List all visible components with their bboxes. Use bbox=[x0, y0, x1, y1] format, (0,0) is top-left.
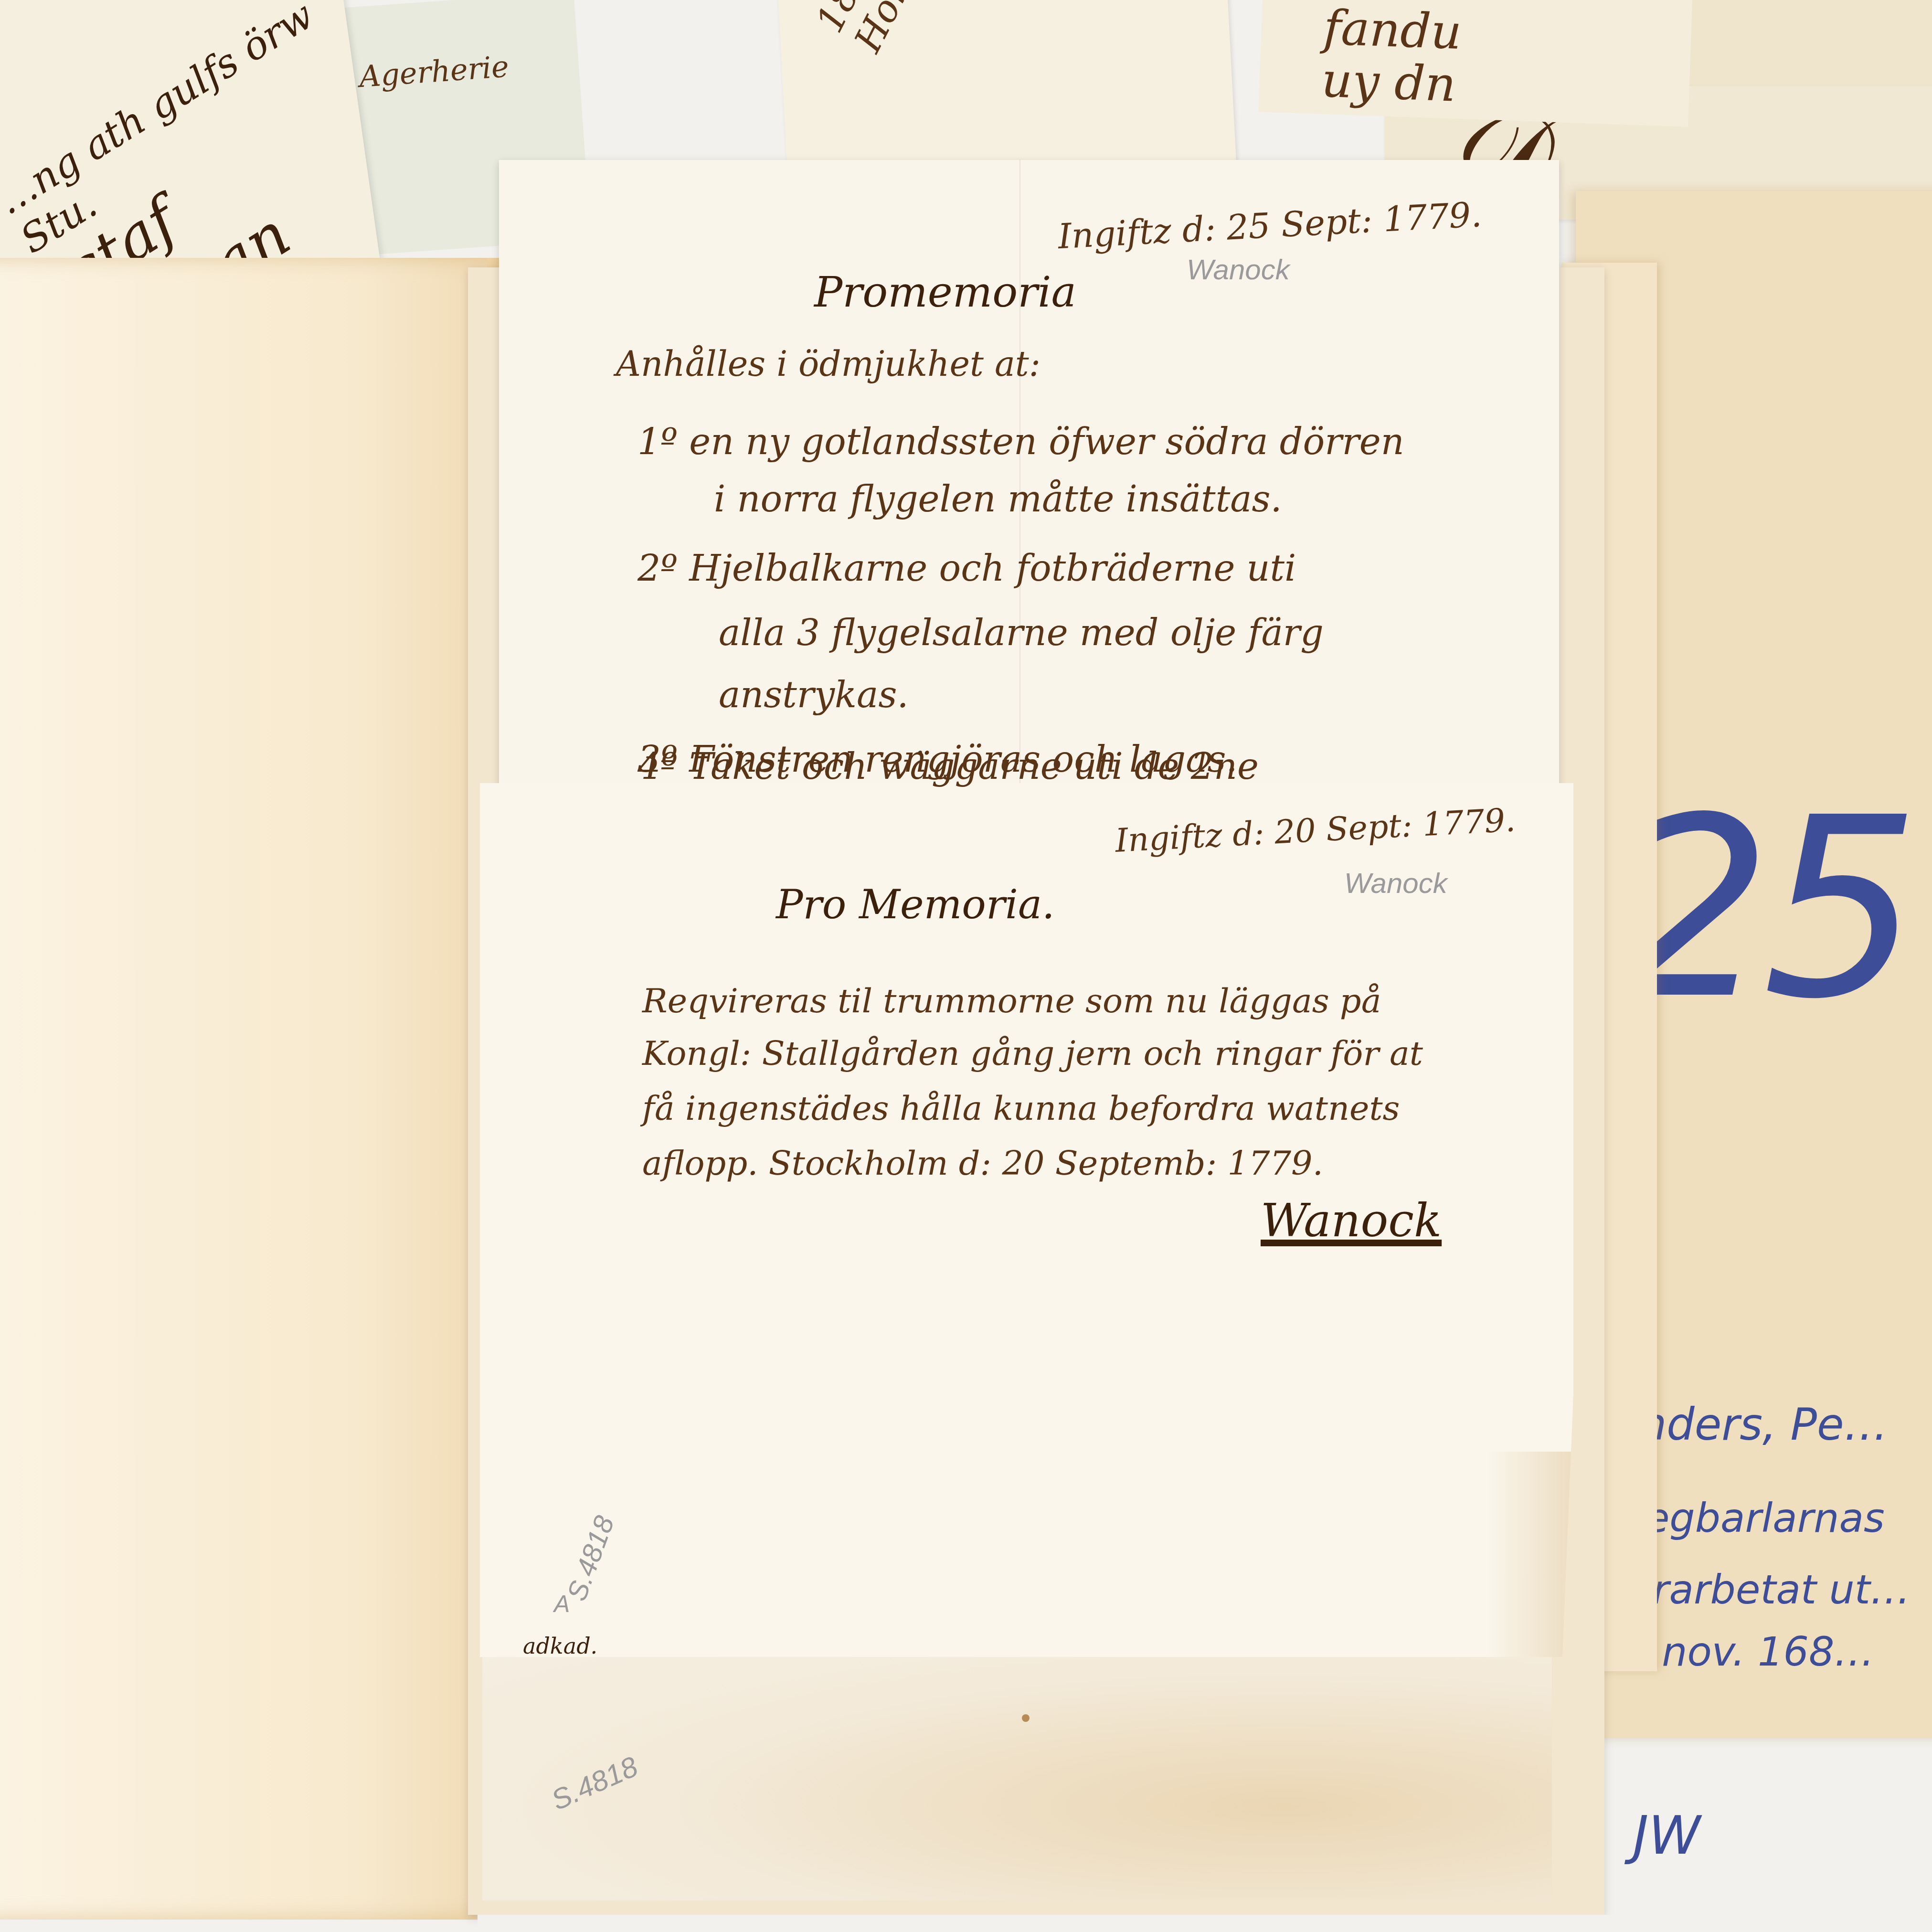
item-number: 2º bbox=[637, 547, 678, 589]
body-line: Kongl: Stallgården gång jern och ringar … bbox=[642, 1034, 1423, 1073]
backing-sheet-lower: S.4818 bbox=[482, 1633, 1552, 1900]
document-date: Ingiftz d: 20 Sept: 1779. bbox=[1115, 801, 1517, 860]
table-surface bbox=[478, 1915, 1932, 1932]
folder-note-line: förarbetat ut… bbox=[1614, 1566, 1911, 1613]
pencil-archive-reference: S.4818 bbox=[546, 1750, 643, 1816]
handwritten-line: fandu bbox=[1323, 0, 1463, 60]
item-line: Taket och wäggarne uti de 2ne bbox=[689, 745, 1259, 787]
list-item-1-continued: i norra flygelen måtte insättas. bbox=[714, 478, 1282, 520]
list-item-2: 2º Hjelbalkarne och fotbräderne uti bbox=[637, 547, 1296, 589]
promemoria-document-2: Ingiftz d: 20 Sept: 1779. Wanock Pro Mem… bbox=[480, 783, 1573, 1657]
list-item-4: 4º Taket och wäggarne uti de 2ne bbox=[637, 745, 1259, 787]
body-line: Reqvireras til trummorne som nu läggas p… bbox=[642, 981, 1381, 1020]
ink-abbreviation: adkad. bbox=[523, 1633, 597, 1659]
handwritten-line: uy dn bbox=[1321, 52, 1457, 113]
pencil-archive-name: Wanock bbox=[1187, 253, 1290, 286]
archive-folder-left-page bbox=[0, 258, 525, 1920]
background-letter-fandu: fandu uy dn bbox=[1258, 0, 1692, 127]
handwritten-line: Agerherie bbox=[358, 49, 510, 94]
signature-wanock: Wanock bbox=[1261, 1194, 1442, 1247]
document-intro: Anhålles i ödmjukhet at: bbox=[616, 344, 1040, 384]
item-number: 1º bbox=[637, 420, 678, 463]
document-title: Pro Memoria. bbox=[776, 881, 1055, 928]
item-line: Hjelbalkarne och fotbräderne uti bbox=[689, 547, 1296, 589]
handwritten-line: 1800 … Dyrbla … Hom bbox=[808, 0, 1075, 59]
pencil-archive-reference-sub: A bbox=[554, 1590, 570, 1618]
pin-hole bbox=[1022, 1714, 1030, 1722]
body-line: aflopp. Stockholm d: 20 Septemb: 1779. bbox=[642, 1144, 1323, 1183]
promemoria-document-1: Ingiftz d: 25 Sept: 1779. Wanock Promemo… bbox=[499, 160, 1559, 790]
list-item-2-continued: anstrykas. bbox=[719, 673, 909, 716]
document-1-item-4-strip: 4º Taket och wäggarne uti de 2ne bbox=[499, 745, 1559, 788]
item-number: 4º bbox=[637, 745, 678, 787]
document-title: Promemoria bbox=[814, 267, 1076, 317]
body-line: få ingenstädes hålla kunna befordra watn… bbox=[642, 1089, 1400, 1128]
document-date: Ingiftz d: 25 Sept: 1779. bbox=[1057, 194, 1482, 256]
item-line: en ny gotlandssten öfwer södra dörren bbox=[689, 420, 1404, 463]
folder-initials: JW bbox=[1633, 1805, 1700, 1866]
folder-number: 25 bbox=[1614, 764, 1911, 1053]
folder-note-line: 7 nov. 168… bbox=[1624, 1628, 1874, 1675]
pencil-archive-name: Wanock bbox=[1344, 867, 1447, 900]
paper-fold-line bbox=[1019, 160, 1020, 790]
list-item-1: 1º en ny gotlandssten öfwer södra dörren bbox=[637, 420, 1404, 463]
paper-stain bbox=[1487, 1452, 1573, 1657]
list-item-2-continued: alla 3 flygelsalarne med olje färg bbox=[719, 611, 1324, 654]
